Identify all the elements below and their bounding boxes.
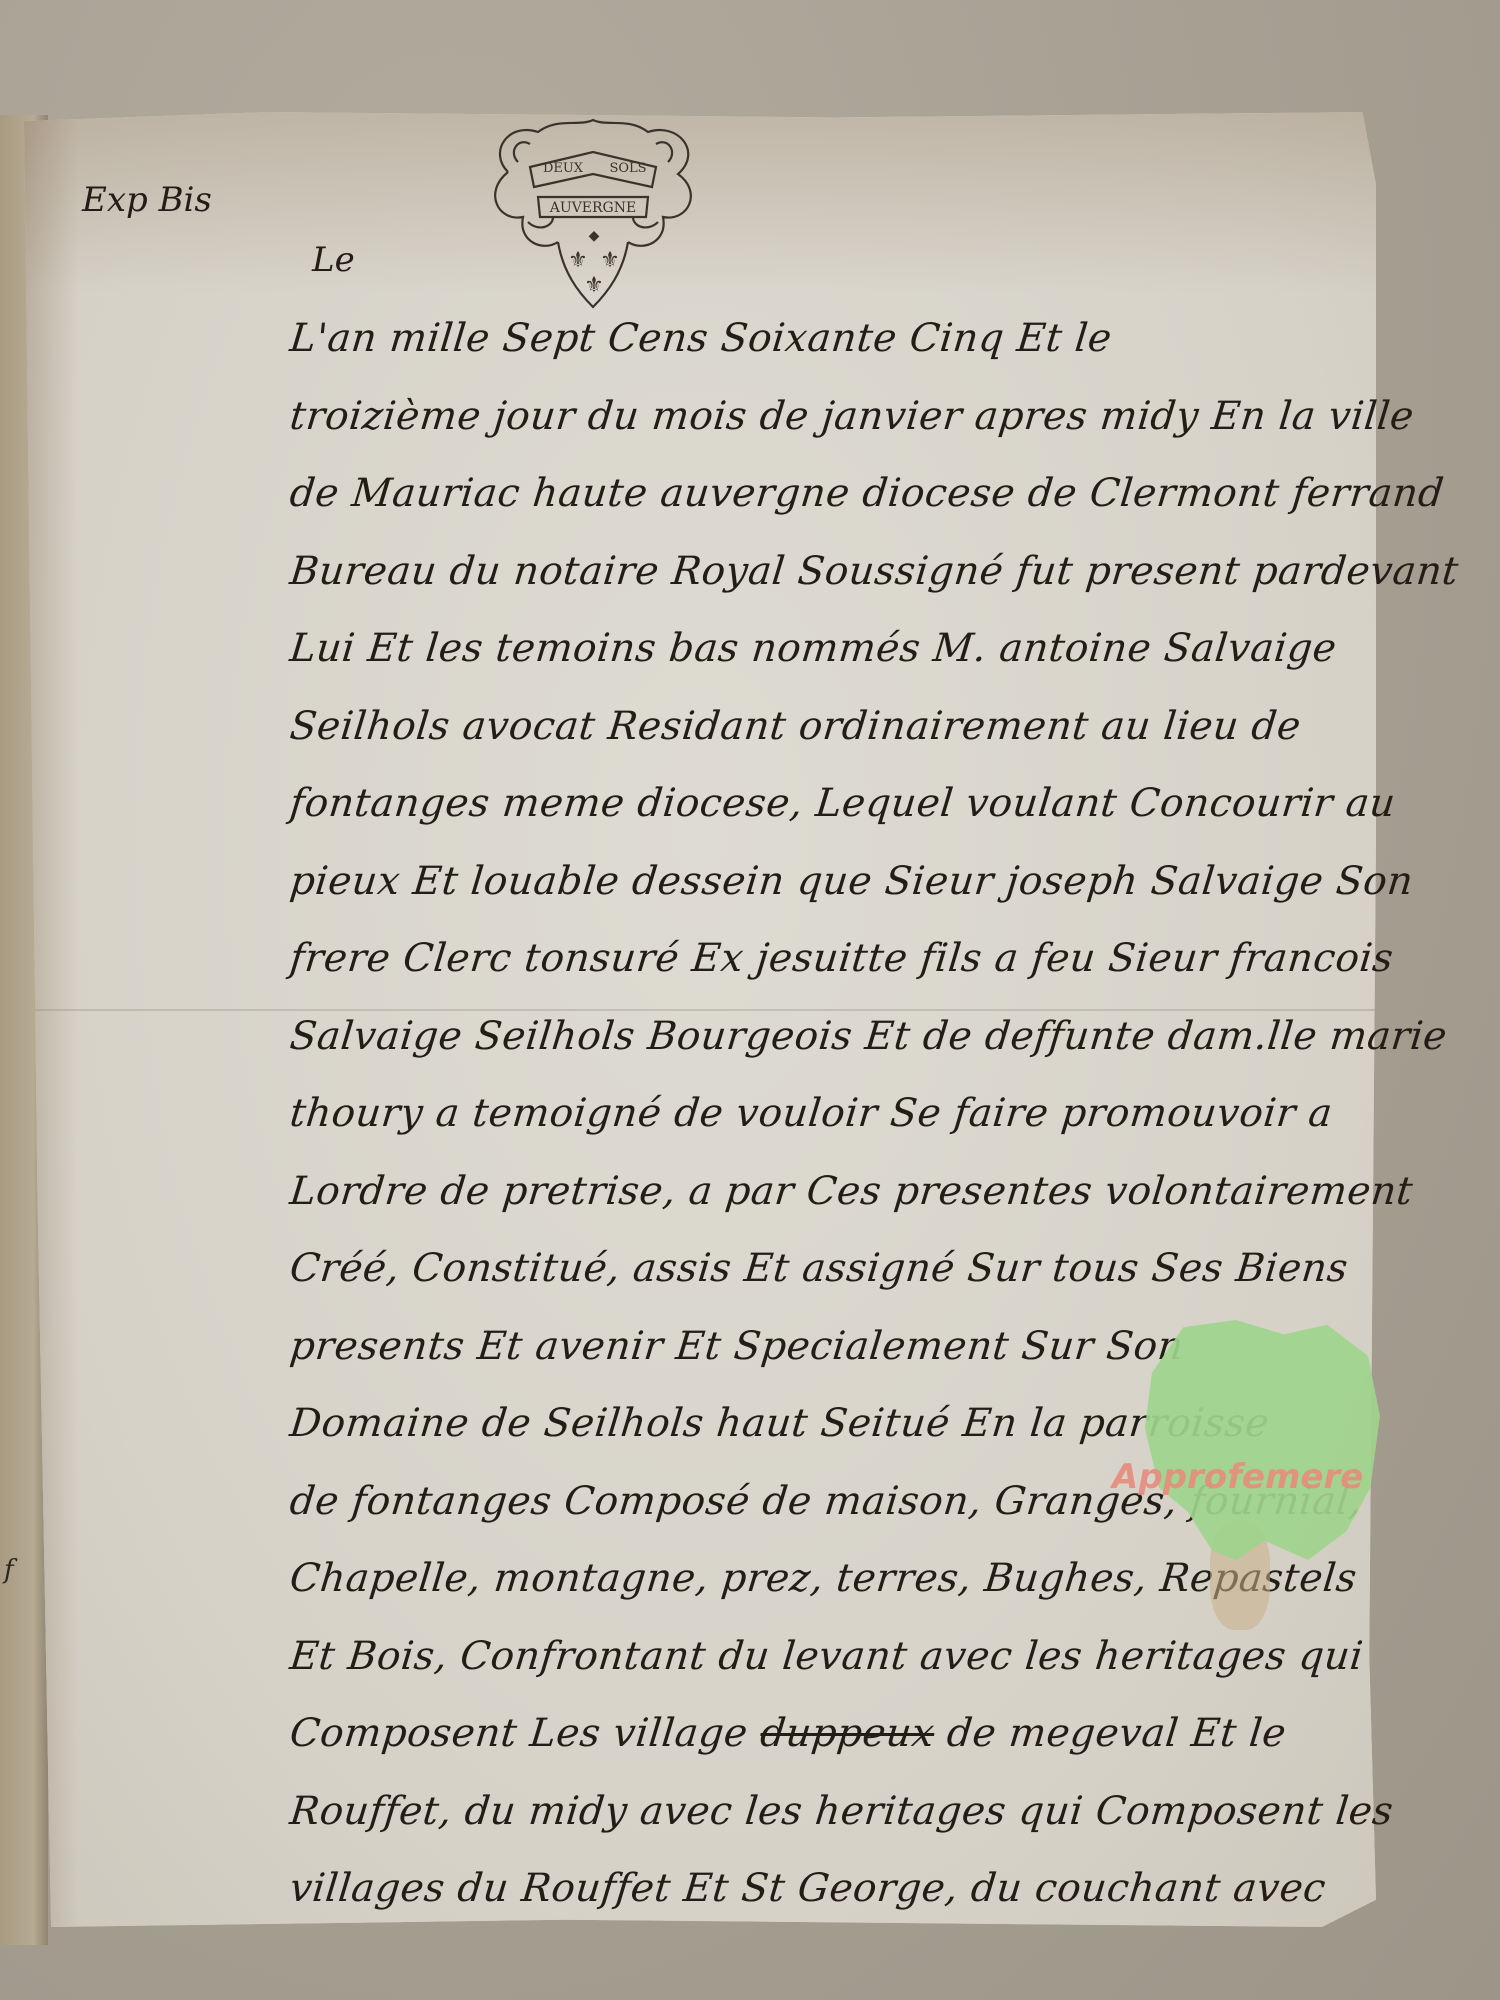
svg-text:⚜: ⚜: [600, 248, 620, 273]
text-line: thoury a temoigné de vouloir Se faire pr…: [286, 1075, 1394, 1153]
text-line: Bureau du notaire Royal Soussigné fut pr…: [286, 533, 1394, 611]
text-line: Rouffet, du midy avec les heritages qui …: [286, 1773, 1394, 1851]
initial-mark: Le: [312, 240, 355, 280]
stamp-banner-bottom: AUVERGNE: [549, 200, 636, 216]
text-line-end: de megeval Et le: [945, 1711, 1289, 1756]
text-line: Lui Et les temoins bas nommés M. antoine…: [286, 610, 1394, 688]
text-line: villages du Rouffet Et St George, du cou…: [286, 1850, 1394, 1928]
manuscript-text: L'an mille Sept Cens Soixante Cinq Et le…: [290, 300, 1390, 1928]
text-line: Créé, Constitué, assis Et assigné Sur to…: [286, 1230, 1394, 1308]
text-line: L'an mille Sept Cens Soixante Cinq Et le: [286, 300, 1394, 378]
text-line: fontanges meme diocese, Lequel voulant C…: [286, 765, 1394, 843]
adjacent-page-ink-mark: f: [4, 1555, 14, 1585]
text-line: Lordre de pretrise, a par Ces presentes …: [286, 1153, 1394, 1231]
text-line-with-strikeout: Composent Les village duppeux de megeval…: [286, 1695, 1394, 1773]
stamp-banner-top-left: DEUX: [543, 161, 584, 176]
stamp-banner-top-right: SOLS: [609, 161, 646, 176]
text-line: pieux Et louable dessein que Sieur josep…: [286, 843, 1394, 921]
text-line: Salvaige Seilhols Bourgeois Et de deffun…: [286, 998, 1394, 1076]
text-line: troizième jour du mois de janvier apres …: [286, 378, 1394, 456]
svg-text:◆: ◆: [589, 228, 600, 244]
text-line: frere Clerc tonsuré Ex jesuitte fils a f…: [286, 920, 1394, 998]
text-line: Et Bois, Confrontant du levant avec les …: [286, 1618, 1394, 1696]
struck-word: duppeux: [758, 1711, 936, 1756]
text-line: Seilhols avocat Residant ordinairement a…: [286, 688, 1394, 766]
svg-text:⚜: ⚜: [584, 273, 604, 298]
tax-stamp-icon: DEUX SOLS AUVERGNE ⚜ ⚜ ⚜ ◆: [468, 112, 718, 322]
watermark-label: Approfemere: [1112, 1457, 1363, 1497]
margin-note: Exp Bis: [82, 180, 212, 220]
svg-text:⚜: ⚜: [568, 248, 588, 273]
text-line: de Mauriac haute auvergne diocese de Cle…: [286, 455, 1394, 533]
text-line-start: Composent Les village: [288, 1711, 750, 1756]
